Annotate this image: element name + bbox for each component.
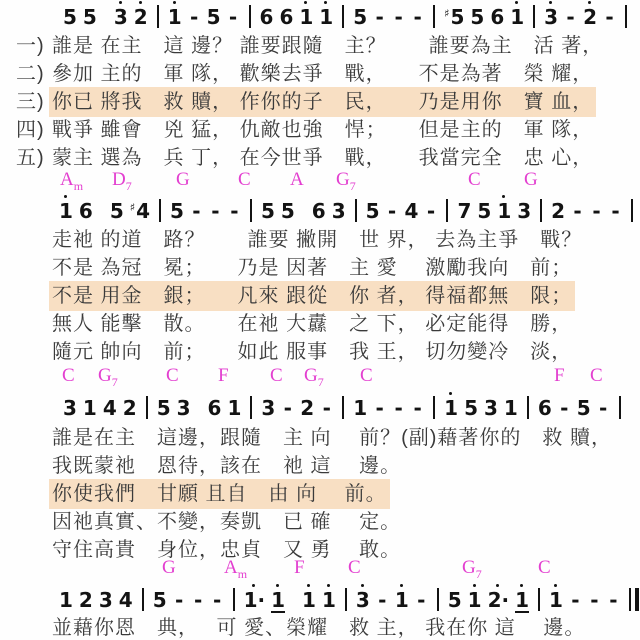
octave-dot-icon [324,1,327,4]
verse-number-label: 二) [16,62,52,86]
chord-label: G7 [336,170,356,190]
barline [146,396,148,419]
barline [527,396,529,419]
chord-label: G7 [462,558,482,578]
lyric-row: 我既蒙祂 恩待，該在 祂 這 邊。 [52,454,401,478]
lyric-text-highlighted: 你使我們 甘願 且自 由 向 前。 [52,482,387,506]
duration-dash: - [411,398,424,418]
duration-dash: - [320,398,333,418]
lyric-text-highlighted: 不是 用金 銀； 凡來 跟從 你 者， 得福都無 限； [52,284,572,308]
note: 6 [208,398,222,418]
lyric-row: 走祂 的道 路？ 誰要 撇開 世 界， 去為主爭 戰？ [52,228,582,252]
duration-dash: - [558,398,571,418]
lyric-row: 四)戰爭 雖會 兇 猛， 仇敵也強 悍； 但是主的 軍 隊， [16,118,593,142]
note: 5 [170,201,184,221]
barline [631,199,633,222]
chord-label: C [590,366,603,386]
barline [433,396,435,419]
note: 1 [549,590,563,610]
lyric-row: 你使我們 甘願 且自 由 向 前。 [52,482,387,506]
lyric-text: 我既蒙祂 恩待，該在 祂 這 邊。 [52,454,401,478]
octave-dot-icon [400,584,403,587]
barline [625,5,627,28]
duration-dash: - [588,590,601,610]
note: 6 [312,201,326,221]
note: ♯4 [130,198,150,221]
chord-label: F [218,366,229,386]
note: 3 [332,201,346,221]
lyric-row: 不是 為冠 冕； 乃是 因著 主 愛 激勵我向 前； [52,256,572,280]
note: 3 [177,398,191,418]
note: 2 [551,201,565,221]
duration-dash: - [376,590,389,610]
lyric-text: 參加 主的 軍 隊， 歡樂去爭 戰， 不是為著 榮 耀， [52,62,593,86]
octave-dot-icon [361,584,364,587]
duration-dash: - [211,590,224,610]
duration-dash: - [607,590,620,610]
lyric-row: 不是 用金 銀； 凡來 跟從 你 者， 得福都無 限； [52,284,572,308]
note: 4 [405,201,419,221]
note: 6 [279,7,293,27]
verse-number-label: 三) [16,90,52,114]
verse-number-label: 五) [16,146,52,170]
note: 5 [470,7,484,27]
note: 1 [510,7,524,27]
note: 2 [300,398,314,418]
chord-label: C [348,558,361,578]
notation-row: 165♯45---55635-4-75132--- [56,192,639,222]
note: 6 [538,398,552,418]
barline [437,588,439,611]
octave-dot-icon [496,584,499,587]
note: 2 [583,7,597,27]
note: 1 [395,590,409,610]
lyric-row: 五)蒙主 選為 兵 丁， 在今世爭 戰， 我當完全 忠 心， [16,146,593,170]
note: 1 [353,398,367,418]
chord-label: C [538,558,551,578]
duration-dash: - [227,7,240,27]
duration-dash: - [571,201,584,221]
note: 6 [79,201,93,221]
barline [540,199,542,222]
chord-label: C [62,366,75,386]
note: 6 [260,7,274,27]
note: 1 [497,201,511,221]
barline [533,5,535,28]
duration-dash: - [173,590,186,610]
chord-label: G [176,170,190,190]
note: 5 [63,7,77,27]
note: 1 [504,398,518,418]
lyric-text: 因祂真實、不變，奏凱 已 確 定。 [52,510,401,534]
chord-label: F [294,558,305,578]
lyric-row: 並藉你恩 典， 可 愛、榮耀 救 主， 我在你 這 邊。 [52,616,585,640]
barline [159,199,161,222]
note: 1 [322,590,336,610]
barline [250,396,252,419]
note: 3 [544,7,558,27]
duration-dash: - [209,201,222,221]
note: 1 [59,590,73,610]
notation-row: 55321-5-66115---♯55613-2- [60,0,633,28]
note: 3 [484,398,498,418]
barline [446,199,448,222]
note: 5 [157,398,171,418]
barline [342,5,344,28]
note: 5 [448,590,462,610]
lyric-row: 無人 能擊 散。 在祂 大纛 之 下， 必定能得 勝， [52,312,572,336]
chord-label: C [270,366,283,386]
octave-dot-icon [588,1,591,4]
octave-dot-icon [252,584,255,587]
chord-label: F [554,366,565,386]
chord-label: G7 [98,366,118,386]
note: 7 [457,201,471,221]
lyric-row: 一)誰是 在主 這 邊？ 誰要跟隨 主？ 誰要為主 活 著， [16,34,603,58]
note: 1 [444,398,458,418]
note: 1 [319,7,333,27]
duration-dash: - [392,398,405,418]
octave-dot-icon [119,1,122,4]
chord-label: G [524,170,538,190]
hymn-score-sheet: 55321-5-66115---♯55613-2-一)誰是 在主 這 邊？ 誰要… [0,0,640,640]
sharp-icon: ♯ [444,7,449,20]
barline [250,199,252,222]
note: 6 [490,7,504,27]
note: 2 [134,7,148,27]
octave-dot-icon [515,1,518,4]
lyric-row: 二)參加 主的 軍 隊， 歡樂去爭 戰， 不是為著 榮 耀， [16,62,593,86]
barline [249,5,251,28]
note: 1 [302,590,316,610]
final-barline [629,588,639,611]
note: 5 [153,590,167,610]
note: 1 [83,398,97,418]
sharp-icon: ♯ [130,201,135,214]
note: 1 [271,590,285,613]
note: 2 [79,590,93,610]
chord-label: G7 [304,366,324,386]
barline [345,588,347,611]
note: 2 [123,398,137,418]
lyric-row: 因祂真實、不變，奏凱 已 確 定。 [52,510,401,534]
note: 1 [59,201,73,221]
note: 5 [281,201,295,221]
octave-dot-icon [276,584,279,587]
note: 5 [110,201,124,221]
chords-row: AmD7GCAG7CG [0,170,640,190]
barline [355,199,357,222]
duration-dash: - [603,7,616,27]
duration-dash: - [190,201,203,221]
duration-dash: - [373,398,386,418]
duration-dash: - [564,7,577,27]
barline [233,588,235,611]
chord-label: D7 [112,170,132,190]
duration-dash: - [590,201,603,221]
lyric-text-highlighted: 你已 將我 救 贖， 作你的子 民， 乃是用你 寶 血， [52,90,593,114]
octave-dot-icon [473,584,476,587]
note: 5 [464,398,478,418]
octave-dot-icon [304,1,307,4]
lyric-text: 走祂 的道 路？ 誰要 撇開 世 界， 去為主爭 戰？ [52,228,582,252]
octave-dot-icon [64,195,67,198]
duration-dash: - [373,7,386,27]
octave-dot-icon [554,584,557,587]
octave-dot-icon [307,584,310,587]
lyric-row: 隨元 帥向 前； 如此 服事 我 王， 切勿變冷 淡， [52,340,572,364]
chord-label: C [468,170,481,190]
octave-dot-icon [327,584,330,587]
notation-row: 12345---1·1113-1-512·11--- [56,582,640,613]
duration-dash: - [392,7,405,27]
lyric-text: 蒙主 選為 兵 丁， 在今世爭 戰， 我當完全 忠 心， [52,146,593,170]
lyric-text: 隨元 帥向 前； 如此 服事 我 王， 切勿變冷 淡， [52,340,572,364]
note: 5 [353,7,367,27]
note: 1 [468,590,482,610]
barline [342,396,344,419]
note: 5 [83,7,97,27]
note: 3 [63,398,77,418]
chord-label: G [162,558,176,578]
chords-row: CG7CFCG7CFC [0,366,640,386]
verse-number-label: 一) [16,34,52,58]
note: 5 [261,201,275,221]
duration-dash: - [597,398,610,418]
lyric-row: 三)你已 將我 救 贖， 作你的子 民， 乃是用你 寶 血， [16,90,593,114]
lyric-text: 無人 能擊 散。 在祂 大纛 之 下， 必定能得 勝， [52,312,572,336]
lyric-text: 誰是在主 這邊，跟隨 主 向 前？(副)藉著你的 救 贖， [52,426,612,450]
note: 3 [356,590,370,610]
note: 1 [227,398,241,418]
duration-dash: - [386,201,399,221]
duration-dash: - [609,201,622,221]
lyric-text: 不是 為冠 冕； 乃是 因著 主 愛 激勵我向 前； [52,256,572,280]
chord-label: A [290,170,304,190]
note: 3 [517,201,531,221]
chords-row: GAmFCG7C [0,558,640,578]
note: 2· [488,590,510,610]
duration-dash: - [424,201,437,221]
note: 1 [515,590,529,613]
chord-label: C [238,170,251,190]
note: 3 [99,590,113,610]
note: 5 [207,7,221,27]
note: 1· [244,590,266,610]
note: 4 [103,398,117,418]
note: 5 [477,201,491,221]
lyric-text: 誰是 在主 這 邊？ 誰要跟隨 主？ 誰要為主 活 著， [52,34,603,58]
note: 5 [577,398,591,418]
note: 5 [366,201,380,221]
octave-dot-icon [173,1,176,4]
chord-label: C [166,366,179,386]
lyric-text: 並藉你恩 典， 可 愛、榮耀 救 主， 我在你 這 邊。 [52,616,585,640]
chord-label: C [360,366,373,386]
duration-dash: - [192,590,205,610]
duration-dash: - [569,590,582,610]
octave-dot-icon [520,584,523,587]
barline [433,5,435,28]
lyric-row: 誰是在主 這邊，跟隨 主 向 前？(副)藉著你的 救 贖， [52,426,612,450]
note: 4 [119,590,133,610]
note: 1 [168,7,182,27]
barline [619,396,621,419]
note: 3 [261,398,275,418]
duration-dash: - [281,398,294,418]
note: 3 [114,7,128,27]
octave-dot-icon [502,195,505,198]
verse-number-label: 四) [16,118,52,142]
duration-dash: - [188,7,201,27]
duration-dash: - [415,590,428,610]
note: ♯5 [444,4,464,27]
octave-dot-icon [449,392,452,395]
barline [538,588,540,611]
chord-label: Am [224,558,247,578]
barline [142,588,144,611]
barline [157,5,159,28]
duration-dash: - [411,7,424,27]
lyric-text: 戰爭 雖會 兇 猛， 仇敵也強 悍； 但是主的 軍 隊， [52,118,593,142]
note: 1 [299,7,313,27]
octave-dot-icon [139,1,142,4]
chord-label: Am [60,170,83,190]
duration-dash: - [228,201,241,221]
notation-row: 314253613-2-1---15316-5- [60,390,627,419]
octave-dot-icon [549,1,552,4]
